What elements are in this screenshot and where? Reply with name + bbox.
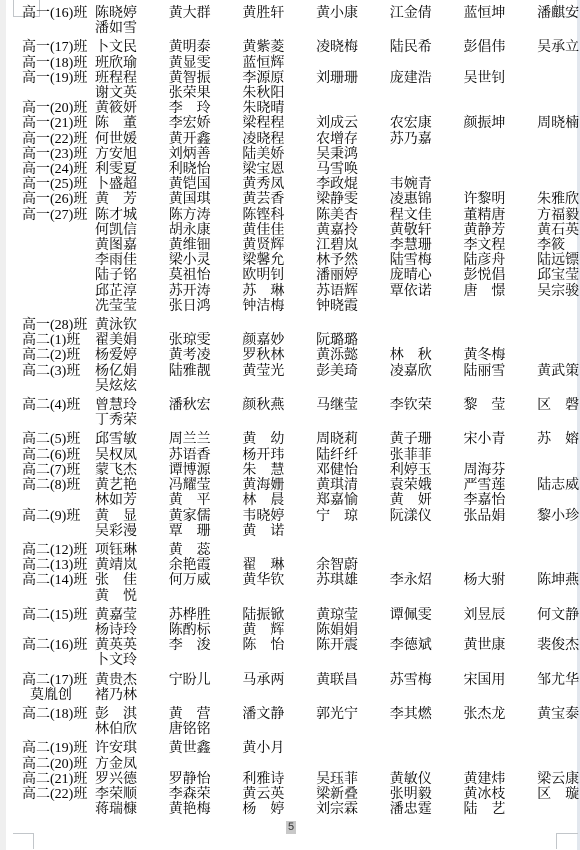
student-name: 黄 幼 [242,432,316,447]
student-name: 黄 显 [95,509,169,524]
student-name: 黎 莹 [463,398,537,413]
roster-line: 杨诗玲陈酌标黄 辉陈娟娟 [0,623,580,638]
student-name: 李其燃 [390,707,464,722]
student-name: 陆民希 [390,40,464,55]
roster-line: 高二(17)班黄贵杰宁盼儿马承两黄联昌苏雪梅宋国用邹尤华 [0,673,580,688]
student-name: 裴俊杰 [537,638,580,653]
roster-line: 高一(16)班陈晓婷黄大群黄胜轩黄小康江金倩蓝恒坤潘麒安 [0,6,580,21]
student-name: 陈方涛 [169,208,243,223]
page-number: 5 [286,821,296,834]
roster-line: 高二(22)班李荣顺李森荣黄云英梁新叠张明毅黄冰枝区 璇 [0,787,580,802]
student-name: 彭美琦 [316,364,390,379]
student-name: 刘成云 [316,116,390,131]
student-name: 陆彦舟 [463,253,537,268]
student-name: 黄冬梅 [463,348,537,363]
class-label: 高二(22)班 [22,787,95,802]
roster-line: 林如芳黄 平林 晨郑嘉愉黄 妍李嘉怡 [0,493,580,508]
student-name: 张菲菲 [390,448,464,463]
roster-line: 莫胤创褚乃林 [0,688,580,703]
student-name: 黄英英 [95,638,169,653]
roster-line: 高二(2)班杨爱婷黄考凌罗秋林黄泺懿林 秋黄冬梅 [0,348,580,363]
class-label: 高二(5)班 [22,432,95,447]
roster-line: 高一(18)班班欣瑜黄显雯蓝恒辉 [0,56,580,71]
student-name: 陈美杏 [316,208,390,223]
student-name: 李筱 [537,238,580,253]
roster-line: 高一(22)班何世媛黄开鑫凌晓程农增存苏乃嘉 [0,132,580,147]
roster-line: 高二(21)班罗兴德罗静怡利雅诗吴珏菲黄敏仪黄建炜梁云康 [0,772,580,787]
roster-line: 高一(28)班黄泳钦 [0,318,580,333]
student-name: 郭光宁 [316,707,390,722]
student-name: 黄世鑫 [169,741,243,756]
student-name: 邓健怡 [316,463,390,478]
student-name: 黄芸香 [242,192,316,207]
student-name: 黄宝泰 [537,707,580,722]
roster-line: 高一(24)班利雯夏利晓怡梁宝恩马雪唤 [0,162,580,177]
class-block: 高一(22)班何世媛黄开鑫凌晓程农增存苏乃嘉 [0,132,580,147]
student-name: 马承两 [242,673,316,688]
student-name: 杨开玮 [242,448,316,463]
student-name: 黄琪清 [316,478,390,493]
student-name: 何万威 [169,573,243,588]
student-name: 陆纤纤 [316,448,390,463]
student-name: 黄敬轩 [390,223,464,238]
student-name: 黄 悦 [95,589,169,604]
student-name: 袁荣娥 [390,478,464,493]
class-block: 高一(21)班陈 董李宏娇梁程程刘成云农宏康颜振坤周晓楠 [0,116,580,131]
roster-line: 高一(25)班卜盛超黄铠国黄秀凤李政焜韦婉青 [0,177,580,192]
roster-line: 黄图嘉黄维钿黄贤辉江碧岚李慧珊李文程李筱 [0,238,580,253]
class-label: 高一(25)班 [22,177,95,192]
student-name: 林 晨 [242,493,316,508]
student-name: 颜秋燕 [242,398,316,413]
student-name: 方安旭 [95,147,169,162]
student-name: 凌晓程 [242,132,316,147]
class-label: 高一(16)班 [22,6,95,21]
class-block: 高一(19)班班程程黄智振李源原刘珊珊庞建浩吴世钊谢文英张荣果朱秋阳 [0,71,580,101]
student-name: 项钰琳 [95,543,169,558]
student-name: 唐 憬 [463,284,537,299]
student-name: 卜文玲 [95,653,169,668]
student-name: 潘文静 [242,707,316,722]
class-label-continued [22,238,95,253]
roster-line: 高二(15)班黄嘉莹苏桦胜陆振锨黄琼莹谭佩雯刘昱辰何文静 [0,608,580,623]
class-block: 高二(22)班李荣顺李森荣黄云英梁新叠张明毅黄冰枝区 璇蒋瑞槺黄艳梅杨 婷刘宗霖… [0,787,580,817]
student-name: 凌惠锦 [390,192,464,207]
student-name: 吴世钊 [463,71,537,86]
student-name: 罗静怡 [169,772,243,787]
roster-line: 高一(19)班班程程黄智振李源原刘珊珊庞建浩吴世钊 [0,71,580,86]
student-name: 刘炳善 [169,147,243,162]
roster-line: 高二(19)班许安琪黄世鑫黄小月 [0,741,580,756]
class-label: 高一(20)班 [22,101,95,116]
student-name: 班程程 [95,71,169,86]
class-label: 高一(28)班 [22,318,95,333]
student-name: 陆雪梅 [390,253,464,268]
student-name: 黄 辉 [242,623,316,638]
student-name: 马继莹 [316,398,390,413]
student-name: 黄显雯 [169,56,243,71]
student-name: 冼莹莹 [95,299,169,314]
roster-line: 高二(8)班黄艺艳冯耀莹黄海姗黄琪清袁荣娥严雪莲陆志威 [0,478,580,493]
student-name: 宁 琼 [316,509,390,524]
student-name: 黄小康 [316,6,390,21]
class-label-continued [22,299,95,314]
student-name: 许安琪 [95,741,169,756]
class-label: 高二(1)班 [22,333,95,348]
student-name: 黄智振 [169,71,243,86]
student-name: 张品娟 [463,509,537,524]
class-label: 高二(6)班 [22,448,95,463]
roster-line: 高二(18)班彭 淇黄 营潘文静郭光宁李其燃张杰龙黄宝泰 [0,707,580,722]
student-name: 苏 嫆 [537,432,580,447]
class-label: 高二(17)班 [22,673,95,688]
student-name: 黄佳佳 [242,223,316,238]
student-name: 翟 琳 [242,558,316,573]
class-label: 高一(23)班 [22,147,95,162]
student-name: 梁宝恩 [242,162,316,177]
class-block: 高一(25)班卜盛超黄铠国黄秀凤李政焜韦婉青 [0,177,580,192]
student-name: 钟晓霞 [316,299,390,314]
student-name: 黎小珍 [537,509,580,524]
class-block: 高一(23)班方安旭刘炳善陆美娇吴秉鸿 [0,147,580,162]
roster-line: 高二(6)班吴权凤苏语香杨开玮陆纤纤张菲菲 [0,448,580,463]
student-name: 黄建炜 [463,772,537,787]
roster-line: 高二(13)班黄靖岚余艳霞翟 琳余智蔚 [0,558,580,573]
class-label-continued [22,493,95,508]
student-name: 黄靖岚 [95,558,169,573]
class-block: 高二(20)班方金凤 [0,757,580,772]
student-name: 彭 淇 [95,707,169,722]
student-name: 郑嘉愉 [316,493,390,508]
student-name: 黄子珊 [390,432,464,447]
student-name: 张 佳 [95,573,169,588]
student-name: 余艳霞 [169,558,243,573]
class-label: 高二(3)班 [22,364,95,379]
class-block: 高一(26)班黄 芳黄国琪黄芸香梁静雯凌惠锦许黎明朱雅欣 [0,192,580,207]
student-name: 黄国琪 [169,192,243,207]
student-name: 潘如雪 [95,21,169,36]
student-name: 周海芬 [463,463,537,478]
student-name: 利雅诗 [242,772,316,787]
class-label: 高二(13)班 [22,558,95,573]
class-label: 高一(18)班 [22,56,95,71]
student-name: 黄敏仪 [390,772,464,787]
student-name: 李钦荣 [390,398,464,413]
student-name: 吴承立 [537,40,580,55]
class-label: 高二(20)班 [22,757,95,772]
student-name: 黄 蕊 [169,543,243,558]
student-name: 阮漾仪 [390,509,464,524]
student-name: 黄莹光 [242,364,316,379]
student-name: 陈娟娟 [316,623,390,638]
student-name: 庞晴心 [390,268,464,283]
student-name: 李 玲 [169,101,243,116]
class-block: 高二(19)班许安琪黄世鑫黄小月 [0,741,580,756]
student-name: 李政焜 [316,177,390,192]
student-name: 李源原 [242,71,316,86]
student-name: 罗秋林 [242,348,316,363]
roster-line: 高二(1)班翟美娟张琼雯颜嘉妙阮璐璐 [0,333,580,348]
roster-line: 卜文玲 [0,653,580,668]
roster-line: 潘如雪 [0,21,580,36]
student-name: 李文程 [463,238,537,253]
roster-line: 高二(7)班蒙飞杰谭博源朱 慧邓健怡利婷玉周海芬 [0,463,580,478]
student-name: 江碧岚 [316,238,390,253]
class-label-continued [22,802,95,817]
class-label-continued [22,223,95,238]
student-name: 彭悦倡 [463,268,537,283]
student-name: 唐铭铭 [169,722,243,737]
student-name: 马雪唤 [316,162,390,177]
class-block: 高一(18)班班欣瑜黄显雯蓝恒辉 [0,56,580,71]
student-name: 陈 怡 [242,638,316,653]
class-label-continued [22,653,95,668]
roster-line: 高二(4)班曾慧玲潘秋宏颜秋燕马继莹李钦荣黎 莹区 磬 [0,398,580,413]
student-name: 李德斌 [390,638,464,653]
student-name: 凌嘉欣 [390,364,464,379]
student-name: 覃 珊 [169,524,243,539]
roster-line: 高一(26)班黄 芳黄国琪黄芸香梁静雯凌惠锦许黎明朱雅欣 [0,192,580,207]
class-label-continued [22,722,95,737]
student-name: 杨亿娟 [95,364,169,379]
class-label: 高二(4)班 [22,398,95,413]
student-name: 刘昱辰 [463,608,537,623]
student-name: 李宏娇 [169,116,243,131]
student-name: 陈坤燕 [537,573,580,588]
class-block: 高二(13)班黄靖岚余艳霞翟 琳余智蔚 [0,558,580,573]
student-name: 苏 琳 [242,284,316,299]
student-name: 黄图嘉 [95,238,169,253]
student-name: 苏开涛 [169,284,243,299]
class-label: 高一(22)班 [22,132,95,147]
student-name: 李嘉怡 [463,493,537,508]
class-block: 高二(9)班黄 显黄家儒韦晓婷宁 琼阮漾仪张品娟黎小珍吴彩漫覃 珊黄 诺 [0,509,580,539]
student-name: 黄武策 [537,364,580,379]
class-label: 高二(7)班 [22,463,95,478]
student-name: 黄云英 [242,787,316,802]
roster-line: 何凯信胡永康黄佳佳黄嘉拎黄敬轩黄静芳黄石英 [0,223,580,238]
student-name: 黄家儒 [169,509,243,524]
student-name: 黄嘉莹 [95,608,169,623]
class-label-continued [22,589,95,604]
student-name: 潘麒安 [537,6,580,21]
student-name: 周晓莉 [316,432,390,447]
class-label-continued [22,284,95,299]
student-name: 冯耀莹 [169,478,243,493]
student-name: 程文佳 [390,208,464,223]
class-label: 高二(12)班 [22,543,95,558]
student-name: 宁盼儿 [169,673,243,688]
student-name: 翟美娟 [95,333,169,348]
student-name: 张琼雯 [169,333,243,348]
student-name: 邱宝莹 [537,268,580,283]
class-label: 高一(19)班 [22,71,95,86]
student-name: 陈开震 [316,638,390,653]
student-name: 何文静 [537,608,580,623]
student-name: 苏语辉 [316,284,390,299]
student-name: 李永炤 [390,573,464,588]
class-block: 高二(7)班蒙飞杰谭博源朱 慧邓健怡利婷玉周海芬 [0,463,580,478]
student-name: 林如芳 [95,493,169,508]
student-name: 陆子铭 [95,268,169,283]
student-name: 黄石英 [537,223,580,238]
student-name: 朱晓晴 [242,101,316,116]
student-name: 苏琪雄 [316,573,390,588]
student-name: 刘珊珊 [316,71,390,86]
class-label-continued [22,253,95,268]
student-name: 欧明钊 [242,268,316,283]
student-name: 苏桦胜 [169,608,243,623]
student-name: 吴彩漫 [95,524,169,539]
student-name: 凌晓梅 [316,40,390,55]
student-name: 农增存 [316,132,390,147]
student-name: 蓝恒坤 [463,6,537,21]
student-name: 区 磬 [537,398,580,413]
student-name: 曾慧玲 [95,398,169,413]
student-name: 周晓楠 [537,116,580,131]
student-name: 陆远镖 [537,253,580,268]
student-name: 梁小灵 [169,253,243,268]
student-name: 邱芷淳 [95,284,169,299]
student-name: 何世媛 [95,132,169,147]
class-roster-table: 高一(16)班陈晓婷黄大群黄胜轩黄小康江金倩蓝恒坤潘麒安潘如雪高一(17)班卜文… [0,6,580,817]
student-name: 李雨佳 [95,253,169,268]
student-name: 韦婉青 [390,177,464,192]
student-name: 何凯信 [95,223,169,238]
class-label-continued [22,379,95,394]
student-name: 邹尤华 [537,673,580,688]
student-name: 颜嘉妙 [242,333,316,348]
class-block: 高二(21)班罗兴德罗静怡利雅诗吴珏菲黄敏仪黄建炜梁云康 [0,772,580,787]
roster-line: 高二(5)班邱雪敏周兰兰黄 幼周晓莉黄子珊宋小青苏 嫆 [0,432,580,447]
student-name: 陈酌标 [169,623,243,638]
student-name: 黄贤辉 [242,238,316,253]
student-name: 黄华钦 [242,573,316,588]
student-name: 陆振锨 [242,608,316,623]
student-name: 黄开鑫 [169,132,243,147]
student-name: 谢文英 [95,86,169,101]
roster-line: 吴彩漫覃 珊黄 诺 [0,524,580,539]
student-name: 蓝恒辉 [242,56,316,71]
roster-line: 高一(17)班卜文民黄明泰黄紫菱凌晓梅陆民希彭倡伟吴承立 [0,40,580,55]
student-name: 李 浚 [169,638,243,653]
student-name: 朱秋阳 [242,86,316,101]
roster-line: 高一(23)班方安旭刘炳善陆美娇吴秉鸿 [0,147,580,162]
student-name: 黄 妍 [390,493,464,508]
student-name: 江金倩 [390,6,464,21]
student-name: 张日鸿 [169,299,243,314]
student-name: 利晓怡 [169,162,243,177]
student-name: 卜盛超 [95,177,169,192]
student-name: 梁新叠 [316,787,390,802]
student-name: 黄 芳 [95,192,169,207]
class-block: 高一(28)班黄泳钦 [0,318,580,333]
class-block: 高一(16)班陈晓婷黄大群黄胜轩黄小康江金倩蓝恒坤潘麒安潘如雪 [0,6,580,36]
roster-line: 邱芷淳苏开涛苏 琳苏语辉覃依诺唐 憬吴宗骏 [0,284,580,299]
class-label: 高一(26)班 [22,192,95,207]
class-block: 高一(27)班陈才城陈方涛陈铿科陈美杏程文佳董精唐方福毅何凯信胡永康黄佳佳黄嘉拎… [0,208,580,314]
student-name: 黄静芳 [463,223,537,238]
student-name: 黄琼莹 [316,608,390,623]
class-block: 高二(1)班翟美娟张琼雯颜嘉妙阮璐璐 [0,333,580,348]
student-name: 黄贵杰 [95,673,169,688]
class-label: 高一(21)班 [22,116,95,131]
student-name: 苏乃嘉 [390,132,464,147]
student-name: 梁馨允 [242,253,316,268]
class-label: 高二(8)班 [22,478,95,493]
student-name: 褚乃林 [95,688,169,703]
student-name: 彭倡伟 [463,40,537,55]
student-name: 梁程程 [242,116,316,131]
student-name: 黄泳钦 [95,318,169,333]
student-name: 黄海姗 [242,478,316,493]
roster-line: 高二(16)班黄英英李 浚陈 怡陈开震李德斌黄世康裴俊杰 [0,638,580,653]
student-name: 陆丽雪 [463,364,537,379]
roster-line: 高二(9)班黄 显黄家儒韦晓婷宁 琼阮漾仪张品娟黎小珍 [0,509,580,524]
class-block: 高一(17)班卜文民黄明泰黄紫菱凌晓梅陆民希彭倡伟吴承立 [0,40,580,55]
student-name: 苏雪梅 [390,673,464,688]
student-name: 董精唐 [463,208,537,223]
student-name: 吴权凤 [95,448,169,463]
class-block: 高二(4)班曾慧玲潘秋宏颜秋燕马继莹李钦荣黎 莹区 磬丁秀荣 [0,398,580,428]
student-name: 杨诗玲 [95,623,169,638]
student-name: 朱 慧 [242,463,316,478]
roster-line: 谢文英张荣果朱秋阳 [0,86,580,101]
student-name: 黄 营 [169,707,243,722]
student-name: 黄明泰 [169,40,243,55]
class-label-continued [22,623,95,638]
student-name: 黄胜轩 [242,6,316,21]
student-name: 黄 诺 [242,524,316,539]
class-block: 高二(15)班黄嘉莹苏桦胜陆振锨黄琼莹谭佩雯刘昱辰何文静杨诗玲陈酌标黄 辉陈娟娟 [0,608,580,638]
student-name: 吴炫炫 [95,379,169,394]
student-name: 陈 董 [95,116,169,131]
student-name: 朱雅欣 [537,192,580,207]
student-name: 吴秉鸿 [316,147,390,162]
student-name: 黄世康 [463,638,537,653]
student-name: 黄维钿 [169,238,243,253]
student-name: 黄嘉拎 [316,223,390,238]
student-name: 黄铠国 [169,177,243,192]
student-name: 邱雪敏 [95,432,169,447]
student-name: 李荣顺 [95,787,169,802]
student-name: 林伯欣 [95,722,169,737]
roster-line: 高二(20)班方金凤 [0,757,580,772]
class-block: 高二(12)班项钰琳黄 蕊 [0,543,580,558]
student-name: 黄大群 [169,6,243,21]
student-name: 陆美娇 [242,147,316,162]
student-name: 卜文民 [95,40,169,55]
student-name: 宋国用 [463,673,537,688]
student-name: 钟洁梅 [242,299,316,314]
roster-line: 李雨佳梁小灵梁馨允林予然陆雪梅陆彦舟陆远镖 [0,253,580,268]
class-block: 高二(16)班黄英英李 浚陈 怡陈开震李德斌黄世康裴俊杰卜文玲 [0,638,580,668]
student-name: 黄紫菱 [242,40,316,55]
student-name: 张明毅 [390,787,464,802]
student-name: 方金凤 [95,757,169,772]
class-label-continued [22,413,95,428]
student-name: 吴宗骏 [537,284,580,299]
class-label: 高二(21)班 [22,772,95,787]
student-name: 方福毅 [537,208,580,223]
student-name: 刘宗霖 [316,802,390,817]
class-label: 高二(2)班 [22,348,95,363]
student-name: 黄泺懿 [316,348,390,363]
roster-line: 高一(21)班陈 董李宏娇梁程程刘成云农宏康颜振坤周晓楠 [0,116,580,131]
class-block: 高二(2)班杨爱婷黄考凌罗秋林黄泺懿林 秋黄冬梅 [0,348,580,363]
class-label-continued [22,268,95,283]
student-name: 潘忠霆 [390,802,464,817]
